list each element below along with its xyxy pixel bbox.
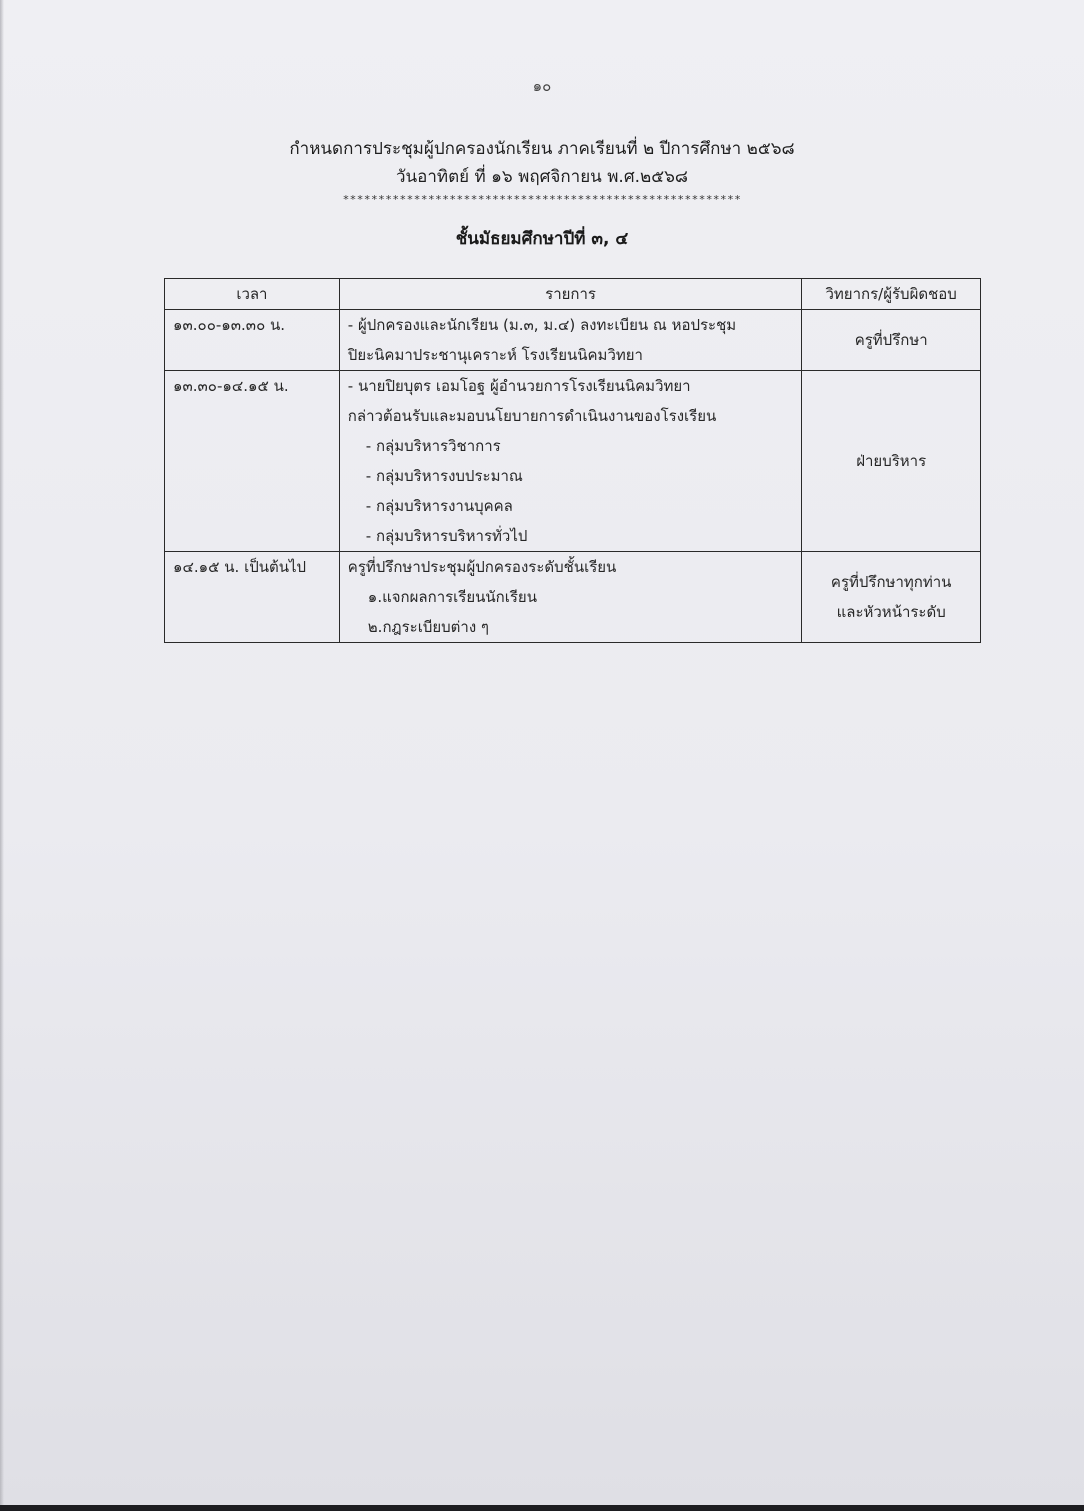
document-page: ๑๐ กำหนดการประชุมผู้ปกครองนักเรียน ภาคเร… [0,0,1084,1505]
separator-line: ****************************************… [0,193,1084,206]
row-time: ๑๓.๓๐-๑๔.๑๕ น. [165,371,340,552]
agenda-subitem: - กลุ่มบริหารงานบุคคล [348,491,796,521]
table-row: ๑๓.๓๐-๑๔.๑๕ น. - นายปิยบุตร เอมโอฐ ผู้อำ… [165,371,981,552]
agenda-line: ครูที่ปรึกษาประชุมผู้ปกครองระดับชั้นเรีย… [348,552,796,582]
agenda-line: กล่าวต้อนรับและมอบนโยบายการดำเนินงานของโ… [348,401,796,431]
agenda-subitem: - กลุ่มบริหารงบประมาณ [348,461,796,491]
agenda-line: - นายปิยบุตร เอมโอฐ ผู้อำนวยการโรงเรียนน… [348,371,796,401]
agenda-line: ปิยะนิคมาประชานุเคราะห์ โรงเรียนนิคมวิทย… [348,340,796,370]
row-time: ๑๓.๐๐-๑๓.๓๐ น. [165,310,340,371]
row-agenda: - ผู้ปกครองและนักเรียน (ม.๓, ม.๔) ลงทะเบ… [339,310,802,371]
responsible-line: และหัวหน้าระดับ [806,597,976,627]
row-responsible: ครูที่ปรึกษา [802,310,981,371]
table-row: ๑๔.๑๕ น. เป็นต้นไป ครูที่ปรึกษาประชุมผู้… [165,552,981,643]
table-row: ๑๓.๐๐-๑๓.๓๐ น. - ผู้ปกครองและนักเรียน (ม… [165,310,981,371]
row-time: ๑๔.๑๕ น. เป็นต้นไป [165,552,340,643]
document-title-line-2: วันอาทิตย์ ที่ ๑๖ พฤศจิกายน พ.ศ.๒๕๖๘ [0,163,1084,190]
agenda-line: - ผู้ปกครองและนักเรียน (ม.๓, ม.๔) ลงทะเบ… [348,310,796,340]
page-number: ๑๐ [0,74,1084,98]
agenda-subitem: ๒.กฎระเบียบต่าง ๆ [348,612,796,642]
header-responsible: วิทยากร/ผู้รับผิดชอบ [802,279,981,310]
responsible-line: ครูที่ปรึกษาทุกท่าน [806,567,976,597]
document-subtitle: ชั้นมัธยมศึกษาปีที่ ๓, ๔ [0,225,1084,252]
table-header-row: เวลา รายการ วิทยากร/ผู้รับผิดชอบ [165,279,981,310]
row-agenda: - นายปิยบุตร เอมโอฐ ผู้อำนวยการโรงเรียนน… [339,371,802,552]
page-bottom-edge [0,1505,1084,1511]
agenda-subitem: ๑.แจกผลการเรียนนักเรียน [348,582,796,612]
agenda-subitem: - กลุ่มบริหารวิชาการ [348,431,796,461]
agenda-subitem: - กลุ่มบริหารบริหารทั่วไป [348,521,796,551]
responsible-line: ครูที่ปรึกษา [806,325,976,355]
responsible-line: ฝ่ายบริหาร [806,446,976,476]
row-agenda: ครูที่ปรึกษาประชุมผู้ปกครองระดับชั้นเรีย… [339,552,802,643]
row-responsible: ครูที่ปรึกษาทุกท่าน และหัวหน้าระดับ [802,552,981,643]
row-responsible: ฝ่ายบริหาร [802,371,981,552]
header-agenda: รายการ [339,279,802,310]
document-title-line-1: กำหนดการประชุมผู้ปกครองนักเรียน ภาคเรียน… [0,135,1084,162]
header-time: เวลา [165,279,340,310]
schedule-table: เวลา รายการ วิทยากร/ผู้รับผิดชอบ ๑๓.๐๐-๑… [164,278,981,643]
